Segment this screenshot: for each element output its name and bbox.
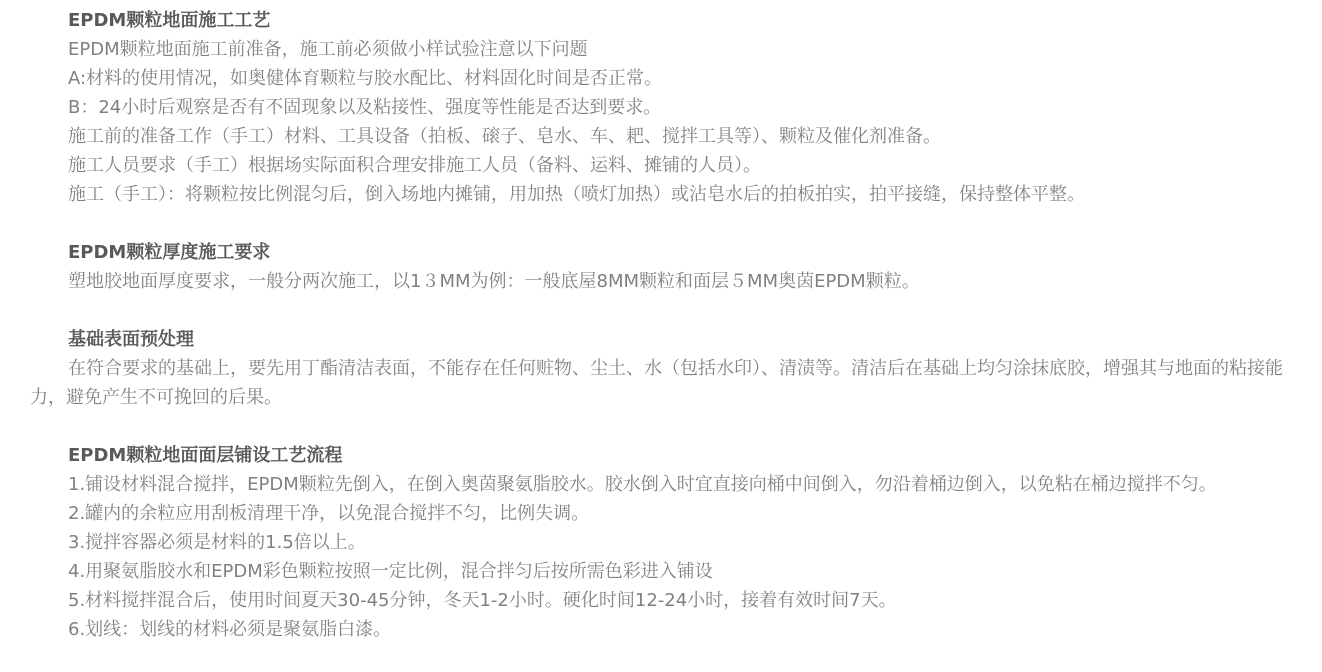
paragraph: 施工（手工）：将颗粒按比例混匀后，倒入场地内摊铺，用加热（喷灯加热）或沾皂水后的… bbox=[30, 180, 1292, 209]
paragraph: 6.划线：划线的材料必须是聚氨脂白漆。 bbox=[30, 615, 1292, 644]
section-laying-workflow: EPDM颗粒地面面层铺设工艺流程 1.铺设材料混合搅拌，EPDM颗粒先倒入，在倒… bbox=[30, 441, 1292, 644]
paragraph: 在符合要求的基础上，要先用丁酯清洁表面，不能存在任何赃物、尘土、水（包括水印）、… bbox=[30, 354, 1292, 412]
paragraph: 1.铺设材料混合搅拌，EPDM颗粒先倒入，在倒入奥茵聚氨脂胶水。胶水倒入时宜直接… bbox=[30, 470, 1292, 499]
section-heading: EPDM颗粒地面面层铺设工艺流程 bbox=[30, 441, 1292, 470]
paragraph: 4.用聚氨脂胶水和EPDM彩色颗粒按照一定比例，混合拌匀后按所需色彩进入铺设 bbox=[30, 557, 1292, 586]
paragraph: 2.罐内的余粒应用刮板清理干净，以免混合搅拌不匀，比例失调。 bbox=[30, 499, 1292, 528]
document: EPDM颗粒地面施工工艺 EPDM颗粒地面施工前准备，施工前必须做小样试验注意以… bbox=[0, 0, 1322, 644]
paragraph: 施工前的准备工作（手工）材料、工具设备（拍板、磙子、皂水、车、耙、搅拌工具等）、… bbox=[30, 122, 1292, 151]
paragraph: B：24小时后观察是否有不固现象以及粘接性、强度等性能是否达到要求。 bbox=[30, 93, 1292, 122]
paragraph: 塑地胶地面厚度要求，一般分两次施工，以1３MM为例：一般底屋8MM颗粒和面层５M… bbox=[30, 267, 1292, 296]
paragraph: EPDM颗粒地面施工前准备，施工前必须做小样试验注意以下问题 bbox=[30, 35, 1292, 64]
paragraph: 3.搅拌容器必须是材料的1.5倍以上。 bbox=[30, 528, 1292, 557]
section-heading: 基础表面预处理 bbox=[30, 325, 1292, 354]
paragraph: 施工人员要求（手工）根据场实际面积合理安排施工人员（备料、运料、摊铺的人员）。 bbox=[30, 151, 1292, 180]
section-construction-process: EPDM颗粒地面施工工艺 EPDM颗粒地面施工前准备，施工前必须做小样试验注意以… bbox=[30, 6, 1292, 209]
section-thickness-requirements: EPDM颗粒厚度施工要求 塑地胶地面厚度要求，一般分两次施工，以1３MM为例：一… bbox=[30, 238, 1292, 296]
section-heading: EPDM颗粒地面施工工艺 bbox=[30, 6, 1292, 35]
paragraph: A:材料的使用情况，如奥健体育颗粒与胶水配比、材料固化时间是否正常。 bbox=[30, 64, 1292, 93]
section-surface-pretreatment: 基础表面预处理 在符合要求的基础上，要先用丁酯清洁表面，不能存在任何赃物、尘土、… bbox=[30, 325, 1292, 412]
section-heading: EPDM颗粒厚度施工要求 bbox=[30, 238, 1292, 267]
paragraph: 5.材料搅拌混合后，使用时间夏天30-45分钟，冬天1-2小时。硬化时间12-2… bbox=[30, 586, 1292, 615]
